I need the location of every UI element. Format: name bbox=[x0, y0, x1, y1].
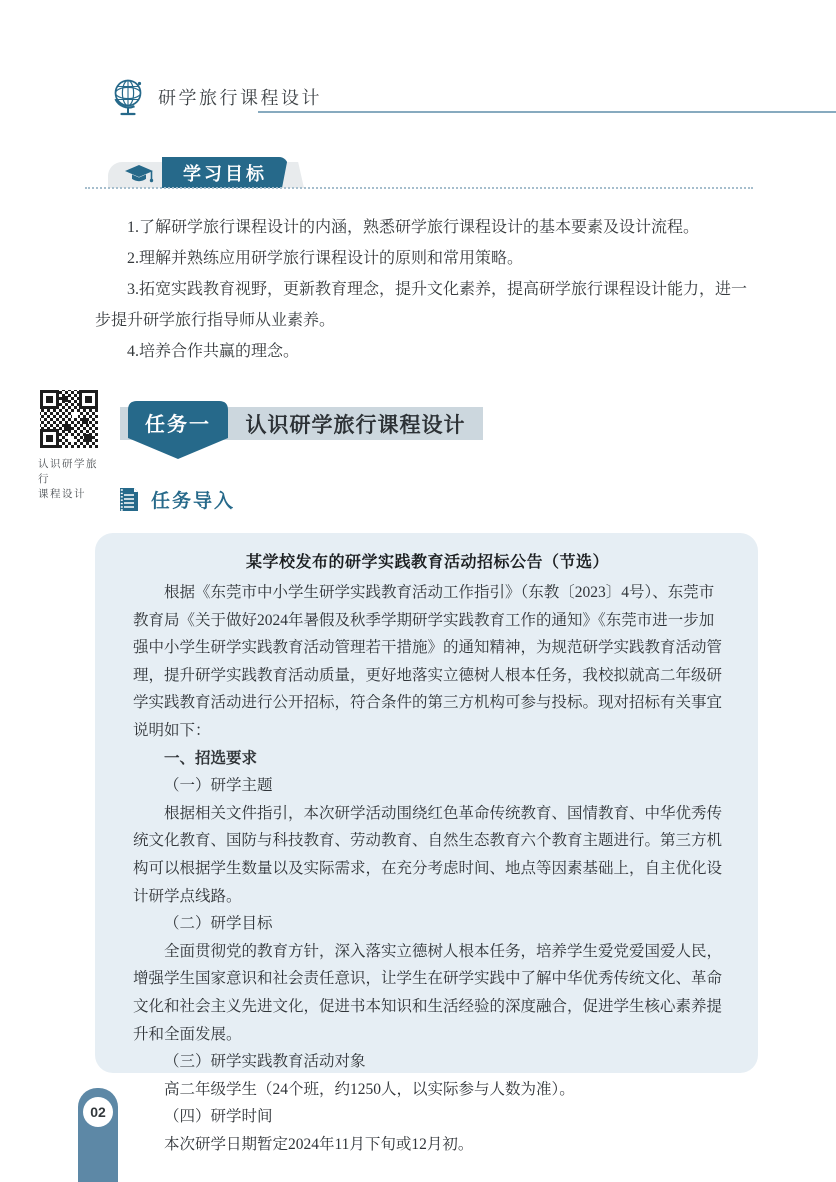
notice-section-heading: 一、招选要求 bbox=[133, 745, 722, 773]
objectives-dotted-divider bbox=[85, 187, 753, 189]
qr-block: 认识研学旅行 课程设计 bbox=[38, 388, 108, 502]
qr-caption: 认识研学旅行 课程设计 bbox=[38, 457, 108, 502]
page-number-tab: 02 bbox=[78, 1088, 118, 1182]
notice-box: 某学校发布的研学实践教育活动招标公告（节选） 根据《东莞市中小学生研学实践教育活… bbox=[95, 533, 758, 1073]
objective-item: 3.拓宽实践教育视野，更新教育理念，提升文化素养，提高研学旅行课程设计能力，进一… bbox=[95, 274, 755, 336]
running-header: 研学旅行课程设计 bbox=[108, 76, 836, 116]
textbook-page: 研学旅行课程设计 学习目标 1.了解研学旅行课程设计的内涵，熟悉研学旅行课程设计… bbox=[0, 0, 836, 1182]
qr-code bbox=[38, 388, 100, 450]
objective-item: 2.理解并熟练应用研学旅行课程设计的原则和常用策略。 bbox=[95, 243, 755, 274]
notice-title: 某学校发布的研学实践教育活动招标公告（节选） bbox=[133, 546, 722, 579]
task-intro-heading: 任务导入 bbox=[151, 486, 235, 513]
graduation-cap-icon bbox=[124, 164, 154, 187]
notice-paragraph: 全面贯彻党的教育方针，深入落实立德树人根本任务，培养学生爱党爱国爱人民，增强学生… bbox=[133, 938, 722, 1048]
notice-paragraph: 根据相关文件指引，本次研学活动围绕红色革命传统教育、国情教育、中华优秀传统文化教… bbox=[133, 800, 722, 910]
notice-paragraph: 高二年级学生（24个班，约1250人，以实际参与人数为准）。 bbox=[133, 1076, 722, 1104]
header-divider bbox=[258, 111, 836, 113]
objective-item: 1.了解研学旅行课程设计的内涵，熟悉研学旅行课程设计的基本要素及设计流程。 bbox=[95, 212, 755, 243]
qr-caption-line: 课程设计 bbox=[38, 487, 108, 502]
notice-body: 根据《东莞市中小学生研学实践教育活动工作指引》（东教〔2023〕4号）、东莞市教… bbox=[133, 579, 722, 1158]
page-number: 02 bbox=[83, 1097, 113, 1127]
task-title: 认识研学旅行课程设计 bbox=[228, 407, 483, 440]
globe-icon bbox=[108, 76, 150, 118]
task-intro-header: 任务导入 bbox=[116, 484, 235, 514]
qr-caption-line: 认识研学旅行 bbox=[38, 457, 108, 487]
notice-paragraph: 本次研学日期暂定2024年11月下旬或12月初。 bbox=[133, 1131, 722, 1159]
notice-paragraph: 根据《东莞市中小学生研学实践教育活动工作指引》（东教〔2023〕4号）、东莞市教… bbox=[133, 579, 722, 745]
notice-subheading: （三）研学实践教育活动对象 bbox=[133, 1048, 722, 1076]
objective-item: 4.培养合作共赢的理念。 bbox=[95, 336, 755, 367]
notice-subheading: （四）研学时间 bbox=[133, 1103, 722, 1131]
notebook-icon bbox=[116, 486, 140, 513]
notice-subheading: （二）研学目标 bbox=[133, 910, 722, 938]
objectives-list: 1.了解研学旅行课程设计的内涵，熟悉研学旅行课程设计的基本要素及设计流程。 2.… bbox=[95, 212, 755, 367]
page-title: 研学旅行课程设计 bbox=[158, 84, 322, 110]
objectives-heading: 学习目标 bbox=[183, 160, 267, 186]
task-badge-label: 任务一 bbox=[128, 408, 228, 437]
notice-subheading: （一）研学主题 bbox=[133, 772, 722, 800]
objectives-section-tab: 学习目标 bbox=[162, 157, 288, 188]
